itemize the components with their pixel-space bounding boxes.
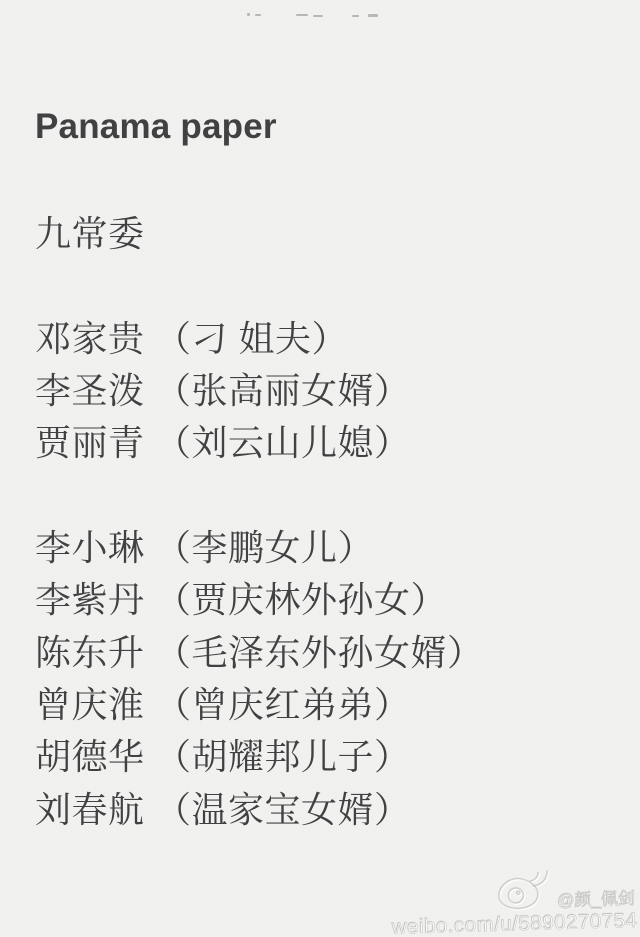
name-group-relatives: 李小琳 （李鹏女儿） 李紫丹 （贾庆林外孙女） 陈东升 （毛泽东外孙女婿） 曾庆… [35,519,484,833]
note-line: 胡德华 （胡耀邦儿子） [35,729,484,781]
section-heading: 九常委 [35,206,484,258]
blank-line [35,467,484,519]
note-body: Panama paper 九常委 邓家贵 （刁 姐夫） 李圣泼 （张高丽女婿） … [35,101,484,833]
name-group-standing-committee: 邓家贵 （刁 姐夫） 李圣泼 （张高丽女婿） 贾丽青 （刘云山儿媳） [35,310,484,467]
weibo-logo-icon [494,861,551,913]
note-title: Panama paper [35,101,484,153]
weibo-watermark: @颜_佩剑 weibo.com/u/5890270754 [388,859,640,937]
blank-line [35,258,484,310]
note-line: 李小琳 （李鹏女儿） [35,519,484,571]
note-line: 李紫丹 （贾庆林外孙女） [35,572,484,624]
watermark-handle: @颜_佩剑 [557,889,635,911]
note-line: 李圣泼 （张高丽女婿） [35,362,484,414]
note-line: 曾庆淮 （曾庆红弟弟） [35,676,484,728]
note-line: 陈东升 （毛泽东外孙女婿） [35,624,484,676]
note-line: 贾丽青 （刘云山儿媳） [35,415,484,467]
note-line: 刘春航 （温家宝女婿） [35,781,484,833]
note-line: 邓家贵 （刁 姐夫） [35,310,484,362]
blank-line [35,153,484,205]
